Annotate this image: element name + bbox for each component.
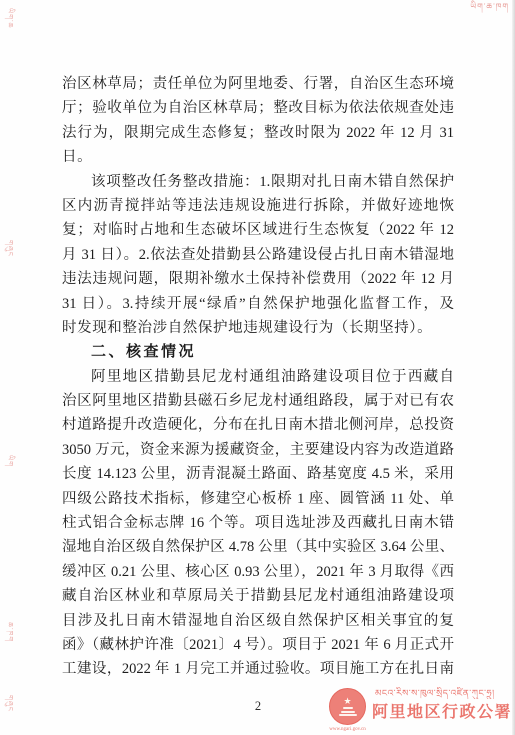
text-line: 区内沥青搅拌站等违法违规设施进行拆除，并做好迹地恢 xyxy=(62,194,454,218)
document-page: ཡིག་ཆ་ཁག ཡིག་ཆ གཞུང ཡིག ཆ་ཁག གཞུང 治区林草局；… xyxy=(0,0,515,735)
text-line: 工建设，2022 年 1 月完工并通过验收。项目施工方在扎日南 xyxy=(62,657,454,681)
text-line: 藏自治区林业和草原局关于措勤县尼龙村通组油路建设项 xyxy=(62,584,454,608)
top-right-red-artifact: ཡིག་ཆ་ཁག xyxy=(470,2,509,12)
text-line: 厅；验收单位为自治区林草局；整改目标为依法依规查处违 xyxy=(62,96,454,120)
text-line: 函》（藏林护许准〔2021〕4 号）。项目于 2021 年 6 月正式开 xyxy=(62,633,454,657)
text-line: 村道路提升改造硬化，分布在扎日南木措北侧河岸，总投资 xyxy=(62,413,454,437)
left-edge-red-artifact: གཞུང xyxy=(1,240,20,257)
text-line: 目涉及扎日南木错湿地自治区级自然保护区相关事宜的复 xyxy=(62,609,454,633)
left-edge-red-artifact: གཞུང xyxy=(1,695,20,712)
text-line: 31 日）。3.持续开展“绿盾”自然保护地强化监督工作，及 xyxy=(62,292,454,316)
text-line: 复；对临时占地和生态破坏区域进行生态恢复（2022 年 12 xyxy=(62,218,454,242)
section-heading: 二、核查情况 xyxy=(62,340,454,364)
text-line: 四级公路技术指标，修建空心板桥 1 座、圆管涵 11 处、单 xyxy=(62,487,454,511)
text-line: 时发现和整治涉自然保护地违规建设行为（长期坚持）。 xyxy=(62,316,454,340)
left-edge-red-artifact: ཆ་ཁག xyxy=(1,622,20,642)
star-icon: ★ xyxy=(343,697,351,706)
text-line: 治区阿里地区措勤县磁石乡尼龙村通组路段，属于对已有农 xyxy=(62,389,454,413)
stamp-url: www.ngari.gov.cn xyxy=(325,727,370,733)
text-line: 柱式铝合金标志牌 16 个等。项目选址涉及西藏扎日南木错 xyxy=(62,511,454,535)
text-line: 法行为，限期完成生态修复；整改时限为 2022 年 12 月 31 xyxy=(62,121,454,145)
text-line: 治区林草局；责任单位为阿里地委、行署，自治区生态环境 xyxy=(62,72,454,96)
text-line: 湿地自治区级自然保护区 4.78 公里（其中实验区 3.64 公里、 xyxy=(62,535,454,559)
national-emblem-icon: ★ xyxy=(329,688,366,725)
text-line: 日。 xyxy=(62,145,454,169)
text-line: 月 31 日）。2.依法查处措勤县公路建设侵占扎日南木错湿地 xyxy=(62,243,454,267)
stamp-tibetan-text: མངའ་རིས་ས་ཁུལ་སྲིད་འཛིན་ཀུང་ཧྲུ། xyxy=(375,687,515,699)
text-line: 3050 万元，资金来源为援藏资金，主要建设内容为改造道路 xyxy=(62,438,454,462)
stamp-chinese-text: 阿里地区行政公署 xyxy=(372,702,512,724)
left-edge-red-artifact: ཡིག་ཆ xyxy=(1,8,20,28)
text-line: 该项整改任务整改措施：1.限期对扎日南木错自然保护 xyxy=(62,170,454,194)
left-edge-red-artifact: ཡིག xyxy=(1,455,20,467)
text-line: 缓冲区 0.21 公里、核心区 0.93 公里），2021 年 3 月取得《西 xyxy=(62,560,454,584)
text-line: 长度 14.123 公里，沥青混凝土路面、路基宽度 4.5 米，采用 xyxy=(62,462,454,486)
tiananmen-gate-icon xyxy=(339,707,357,716)
text-line: 违法违规问题，限期补缴水土保持补偿费用（2022 年 12 月 xyxy=(62,267,454,291)
official-stamp: ★ www.ngari.gov.cn མངའ་རིས་ས་ཁུལ་སྲིད་འཛ… xyxy=(325,686,515,735)
text-line: 阿里地区措勤县尼龙村通组油路建设项目位于西藏自 xyxy=(62,365,454,389)
document-body: 治区林草局；责任单位为阿里地委、行署，自治区生态环境 厅；验收单位为自治区林草局… xyxy=(62,72,454,682)
